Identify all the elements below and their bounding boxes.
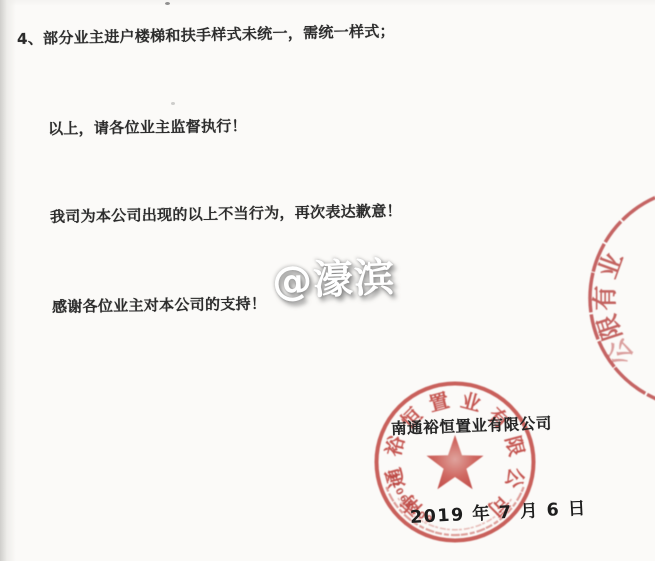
seal-star-icon — [427, 435, 484, 489]
watermark: @濠滨 — [271, 246, 396, 307]
document-page: 4、部分业主进户楼梯和扶手样式未统一，需统一样式； 以上，请各位业主监督执行！ … — [0, 0, 655, 561]
partial-seal-text: 业 有 限 公 — [591, 249, 640, 371]
svg-text:有: 有 — [591, 285, 620, 310]
svg-text:限: 限 — [501, 433, 529, 459]
svg-text:置: 置 — [426, 388, 452, 416]
svg-text:公: 公 — [500, 465, 529, 491]
svg-text:业: 业 — [458, 388, 484, 416]
partial-seal: 业 有 限 公 — [590, 188, 655, 408]
